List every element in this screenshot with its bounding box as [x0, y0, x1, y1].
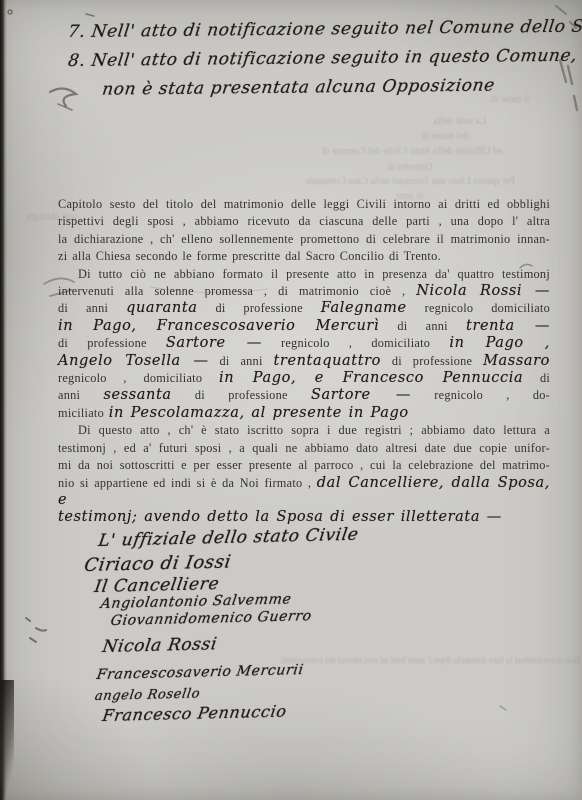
printed-segment: intervenuti alla solenne promessa , di m… [58, 284, 416, 298]
document-line: regnicolo , domiciliato in Pago, e Franc… [58, 370, 550, 387]
handwritten-segment: in Pago, Francescosaverio Mercurì [58, 318, 379, 334]
handwritten-top-notes: 7. Nell' atto di notificazione seguito n… [70, 18, 570, 105]
printed-segment: anni [58, 388, 103, 402]
document-line: Di questo atto , ch' è stato iscritto so… [58, 422, 550, 439]
document-line: testimonj , ed a' futuri sposi , a quali… [58, 440, 550, 457]
handwritten-segment: in Pago, e Francesco Pennuccia [219, 370, 523, 386]
signature-line: Ciriaco di Iossi [83, 551, 233, 576]
document-line: testimonj; avendo detto la Sposa di esse… [58, 509, 550, 526]
signature-line: angelo Rosello [94, 686, 201, 704]
printed-segment: miciliato [58, 406, 109, 420]
handwritten-segment: trenta — [466, 318, 550, 334]
document-line: mi da noi sottoscritti e per esser prese… [58, 457, 550, 474]
printed-segment: testimonj , ed a' futuri sposi , a quali… [58, 441, 550, 455]
signature-block: L' uffiziale dello stato CivileCiriaco d… [86, 531, 426, 746]
printed-segment: rispettivi degli sposi , abbiamo ricevut… [58, 214, 550, 228]
document-line: anni sessanta di professione Sartore — r… [58, 387, 550, 404]
document-line: di professione Sartore — regnicolo , dom… [58, 335, 550, 352]
handwritten-segment: Sartore — [166, 335, 262, 351]
scan-edge-corner [0, 680, 14, 800]
signature-line: Giovannidomenico Guerro [110, 608, 313, 629]
handwritten-segment: Massaro [483, 353, 550, 369]
printed-segment: regnicolo , domiciliato [58, 371, 219, 385]
printed-segment: la dichiarazione , ch' elleno sollenneme… [58, 232, 550, 246]
printed-segment: Di questo atto , ch' è stato iscritto so… [78, 423, 550, 437]
top-note-line-continuation: non è stata presentata alcuna Opposizion… [66, 71, 570, 105]
printed-segment: mi da noi sottoscritti e per esser prese… [58, 458, 550, 472]
document-line: miciliato in Pescolamazza, al presente i… [58, 405, 550, 422]
printed-segment: di professione [172, 388, 311, 402]
bleedthrough-text: ed Uffiziale dello Stato Civile del Comu… [262, 146, 562, 157]
document-line: di anni quaranta di professione Falegnam… [58, 300, 550, 317]
document-line: in Pago, Francescosaverio Mercurì di ann… [58, 318, 550, 335]
handwritten-segment: trentaquattro [273, 353, 381, 369]
printed-segment: regnicolo , do- [411, 388, 550, 402]
body-text: Capitolo sesto del titolo del matrimonio… [58, 196, 550, 527]
document-line: nio si appartiene ed indi si è da Noi fi… [58, 475, 550, 510]
printed-segment: nio si appartiene ed indi si è da Noi fi… [58, 476, 317, 490]
printed-segment: regnicolo domiciliato [407, 301, 550, 315]
printed-segment: regnicolo , domiciliato [262, 336, 450, 350]
printed-segment: di anni [209, 354, 274, 368]
printed-segment: di [523, 371, 550, 385]
bleedthrough-text: Per questo Libro una Tommasi nella Casa … [255, 176, 565, 187]
bleedthrough-text: del nome di [355, 131, 535, 142]
handwritten-segment: Falegname [321, 300, 407, 316]
printed-segment: zi alla Chiesa secondo le forme prescrit… [58, 249, 441, 263]
printed-segment: di professione [381, 354, 483, 368]
printed-segment: di anni [58, 301, 126, 315]
handwritten-segment: quaranta [126, 300, 197, 316]
handwritten-segment: testimonj; avendo detto la Sposa di esse… [58, 509, 502, 525]
printed-segment: di professione [58, 336, 166, 350]
handwritten-segment: sessanta [103, 387, 171, 403]
document-line: la dichiarazione , ch' elleno sollenneme… [58, 231, 550, 248]
bleedthrough-text: Distretto di [330, 162, 490, 173]
document-line: zi alla Chiesa secondo le forme prescrit… [58, 248, 550, 265]
signature-line: Nicola Rossi [101, 634, 219, 657]
printed-segment: Di tutto ciò ne abbiano formato il prese… [78, 267, 550, 281]
printed-segment: di professione [198, 301, 321, 315]
handwritten-segment: Sartore — [311, 387, 411, 403]
printed-segment: di anni [379, 319, 466, 333]
handwritten-segment: Nicola Rossi — [416, 283, 550, 299]
handwritten-segment: Angelo Tosella — [58, 353, 209, 369]
bleedthrough-text: La sede della [380, 116, 540, 127]
scanned-document-page: il mese diLa sede delladel nome died Uff… [0, 0, 582, 800]
signature-line: Francescosaverio Mercurii [96, 662, 305, 683]
handwritten-segment: in Pescolamazza, al presente in Pago [109, 405, 409, 421]
document-line: Di tutto ciò ne abbiano formato il prese… [58, 266, 550, 283]
handwritten-segment: in Pago , [449, 335, 550, 351]
document-line: intervenuti alla solenne promessa , di m… [58, 283, 550, 300]
signature-line: Francesco Pennuccio [101, 702, 288, 725]
document-line: Angelo Tosella — di anni trentaquattro d… [58, 353, 550, 370]
printed-segment: Capitolo sesto del titolo del matrimonio… [58, 197, 550, 211]
document-line: Capitolo sesto del titolo del matrimonio… [58, 196, 550, 213]
document-line: rispettivi degli sposi , abbiamo ricevut… [58, 213, 550, 230]
signature-line: L' uffiziale dello stato Civile [97, 525, 360, 551]
